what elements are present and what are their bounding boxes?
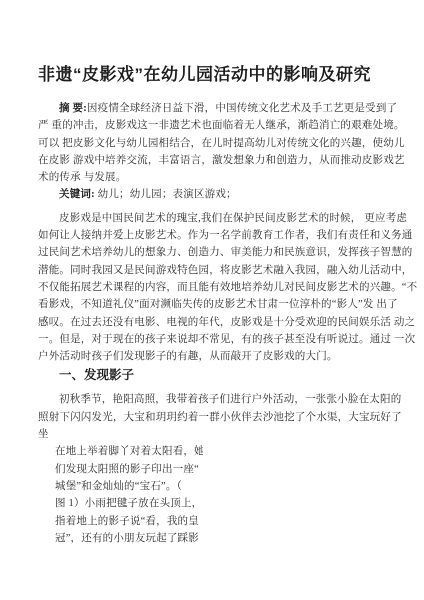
paragraph-line: 皮影戏是中国民间艺术的瑰宝,我们在保护民间皮影艺术的时候， 更应考虑 (38, 210, 388, 227)
keywords-line: 关键词: 幼儿；幼儿园；表演区游戏； (38, 186, 388, 203)
abstract-line: 可以 把皮影文化与幼儿园相结合，在儿时提高幼儿对传统文化的兴趣，使幼儿 (38, 135, 388, 152)
paragraph-line: 初秋季节，艳阳高照，我带着孩子们进行户外活动，一张张小脸在太阳的 (38, 391, 388, 408)
page-title: 非遗“皮影戏”在幼儿园活动中的影响及研究 (38, 62, 380, 88)
paragraph-line: 看影戏，不知道礼仪”面对濒临失传的皮影艺术甘肃一位淳朴的“影人”发 出了 (38, 296, 388, 313)
intro-paragraph: 皮影戏是中国民间艺术的瑰宝,我们在保护民间皮影艺术的时候， 更应考虑 如何让人接… (38, 210, 388, 366)
figure-1-placeholder (203, 443, 388, 547)
paragraph-line: 户外活动时孩子们发现影子的有趣，从而敲开了皮影戏的大门。 (38, 348, 388, 365)
abstract-first-line-text: 因疫情全球经济日益下滑，中国传统文化艺术及手工艺更是受到了 (87, 103, 397, 114)
abstract-line: 严 重的冲击，皮影戏这一非遗艺术也面临着无人继承，渐趋消亡的艰难处境。 (38, 117, 388, 134)
abstract-section: 摘 要:因疫情全球经济日益下滑，中国传统文化艺术及手工艺更是受到了 严 重的冲击… (38, 100, 388, 186)
keywords-label: 关键词: (59, 189, 95, 200)
abstract-line: 在皮影 游戏中培养交流，丰富语言，激发想象力和创造力，从而推动皮影戏艺 (38, 152, 388, 169)
paragraph-line: 过民间艺术培养幼儿的想象力、创造力、审美能力和民族意识，发挥孩子智慧的 (38, 244, 388, 261)
paragraph-line: 如何让人接纳并爱上皮影艺术。作为一名学前教育工作者，我们有责任和义务通 (38, 227, 388, 244)
paragraph-line: 一。但是，对于现在的孩子来说却不常见，有的孩子甚至没有听说过。通过 一次 (38, 331, 388, 348)
keywords-section: 关键词: 幼儿；幼儿园；表演区游戏； (38, 186, 388, 203)
abstract-label: 摘 要: (59, 103, 87, 114)
abstract-first-line: 摘 要:因疫情全球经济日益下滑，中国传统文化艺术及手工艺更是受到了 (38, 100, 388, 117)
keywords-text: 幼儿；幼儿园；表演区游戏； (95, 189, 237, 200)
paragraph-line: 感叹。在过去还没有电影、电视的年代，皮影戏是十分受欢迎的民间娱乐活 动之 (38, 314, 388, 331)
document-page: 非遗“皮影戏”在幼儿园活动中的影响及研究 摘 要:因疫情全球经济日益下滑，中国传… (0, 0, 424, 600)
abstract-line: 术的传承 与发展。 (38, 169, 388, 186)
paragraph-line: 不仅能拓展艺术课程的内容，而且能有效地培养幼儿对民间皮影艺术的兴趣。“不 (38, 279, 388, 296)
text-wrap-zone: 在地上举着脚丫对着太阳看，她 们发现太阳照的影子印出一座“ 城堡”和金灿灿的“宝… (38, 443, 388, 547)
section-heading: 一、发现影子 (38, 367, 388, 383)
paragraph-line: 坐 (38, 426, 388, 443)
paragraph-line: 照射下闪闪发光，大宝和玥玥约着一群小伙伴去沙池挖了个水渠，大宝玩好了 (38, 409, 388, 426)
paragraph-line: 潜能。同时我园又是民间游戏特色园，将皮影艺术融入我园，融入幼儿活动中， (38, 262, 388, 279)
section1-paragraph: 初秋季节，艳阳高照，我带着孩子们进行户外活动，一张张小脸在太阳的 照射下闪闪发光… (38, 391, 388, 547)
